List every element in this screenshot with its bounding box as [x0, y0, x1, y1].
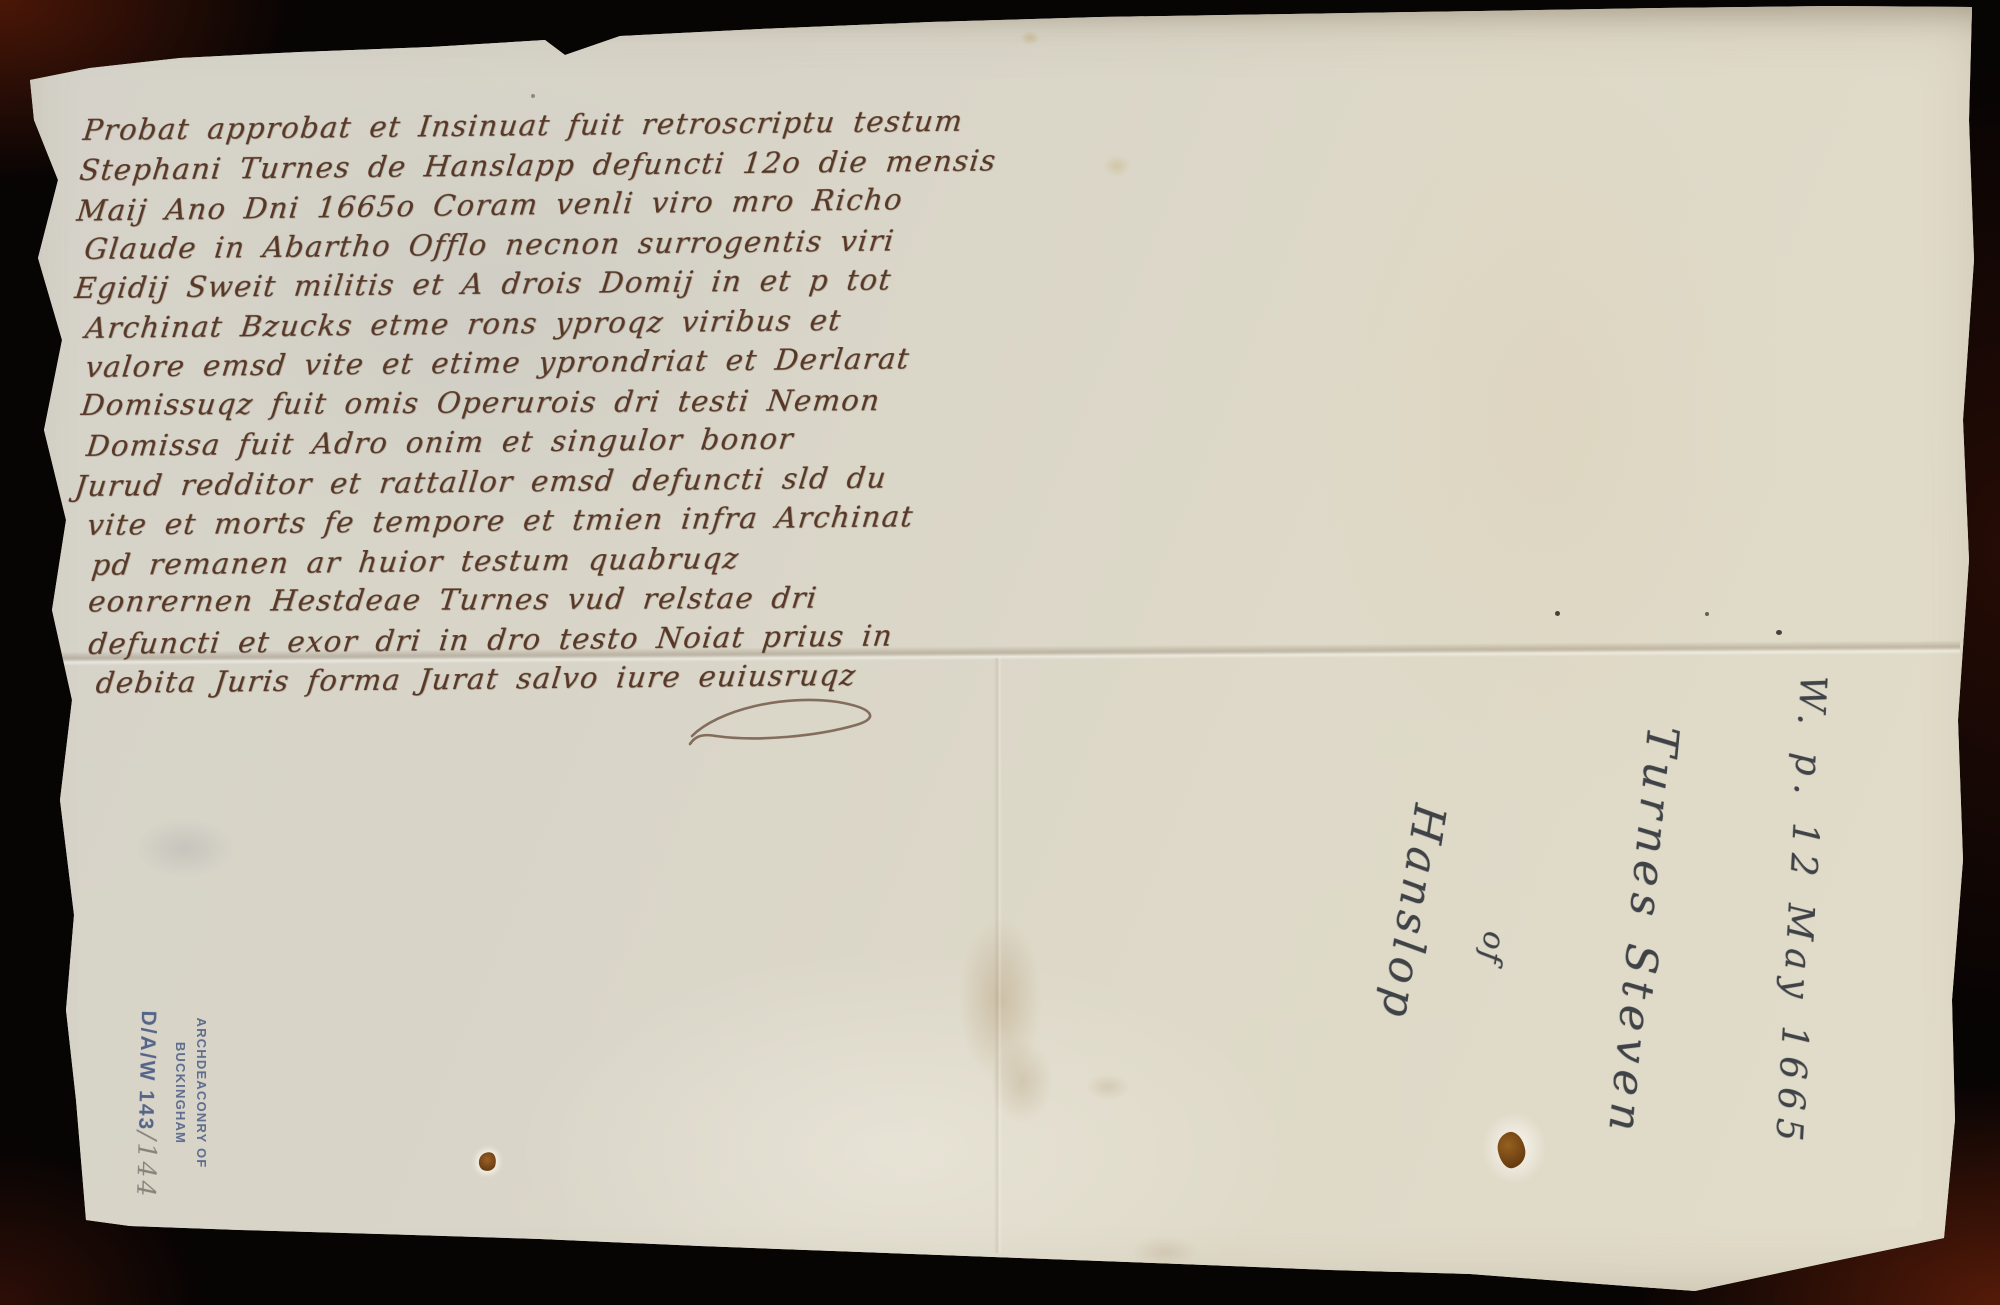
ink-speck	[531, 94, 535, 98]
endorsement-of: of	[1472, 929, 1512, 968]
ink-speck	[1705, 612, 1709, 616]
stamp-line-2: BUCKINGHAM	[170, 1018, 191, 1169]
scan-stage: Probat approbat et Insinuat fuit retrosc…	[0, 0, 2000, 1305]
manuscript-text-block: Probat approbat et Insinuat fuit retrosc…	[83, 101, 1029, 703]
manuscript-line: eonrernen Hestdeae Turnes vud relstae dr…	[86, 578, 1030, 622]
vertical-fold-crease	[994, 658, 1002, 1253]
stamp-line-1: ARCHDEACONRY OF	[191, 1018, 212, 1169]
archive-reference: D/A/W 143/144	[131, 1010, 165, 1200]
paraph-flourish-icon	[688, 692, 883, 750]
archdeaconry-stamp: ARCHDEACONRY OF BUCKINGHAM	[170, 1018, 212, 1169]
reference-stamped: D/A/W 143	[134, 1010, 160, 1131]
ink-speck	[1776, 630, 1782, 635]
ink-speck	[1555, 611, 1560, 616]
reference-pencil: /144	[131, 1131, 162, 1200]
document-paper: Probat approbat et Insinuat fuit retrosc…	[0, 0, 2000, 1305]
